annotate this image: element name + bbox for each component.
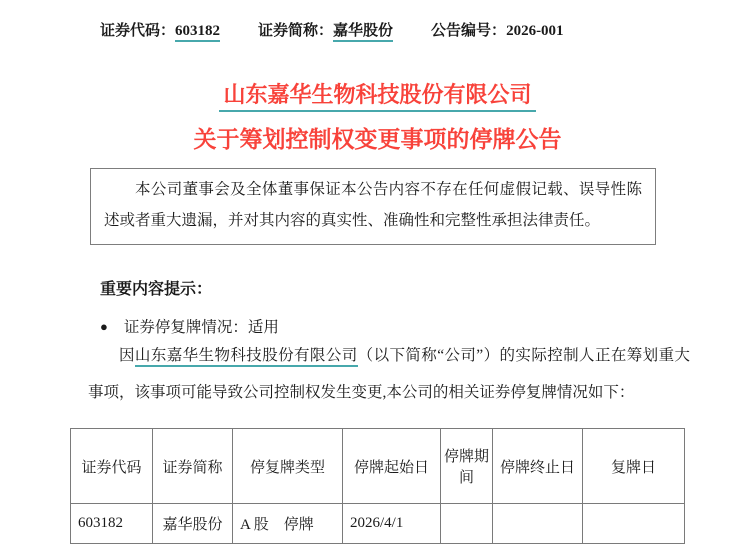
suspension-status-line: ●证券停复牌情况：适用 — [100, 315, 279, 337]
stock-code-value: 603182 — [175, 23, 220, 42]
stock-name-value: 嘉华股份 — [333, 22, 393, 42]
header-suspension-type: 停复牌类型 — [233, 429, 343, 504]
cell-suspension-period — [441, 504, 493, 544]
reason-prefix: 因 — [119, 347, 135, 364]
board-statement-box: 本公司董事会及全体董事保证本公告内容不存在任何虚假记载、误导性陈述或者重大遗漏，… — [90, 168, 656, 245]
stock-name-label: 证券简称： — [258, 22, 333, 39]
cell-stock-code: 603182 — [71, 504, 153, 544]
important-note-heading: 重要内容提示： — [100, 276, 212, 299]
table-header-row: 证券代码 证券简称 停复牌类型 停牌起始日 停牌期间 停牌终止日 复牌日 — [71, 429, 685, 504]
cell-resumption-date — [583, 504, 685, 544]
cell-stock-name: 嘉华股份 — [153, 504, 233, 544]
cell-suspension-start: 2026/4/1 — [343, 504, 441, 544]
announcement-document: 证券代码：603182 证券简称：嘉华股份 公告编号：2026-001 山东嘉华… — [0, 0, 755, 549]
company-name-title: 山东嘉华生物科技股份有限公司 — [0, 78, 755, 109]
announcement-no-label: 公告编号： — [431, 22, 506, 39]
header-stock-name: 证券简称 — [153, 429, 233, 504]
reason-company-name: 山东嘉华生物科技股份有限公司 — [135, 347, 358, 367]
reason-paragraph: 因山东嘉华生物科技股份有限公司（以下简称“公司”）的实际控制人正在筹划重大事项，… — [88, 337, 690, 411]
announcement-no-value: 2026-001 — [506, 23, 564, 39]
announcement-no-item: 公告编号：2026-001 — [431, 19, 564, 40]
announcement-subject-title: 关于筹划控制权变更事项的停牌公告 — [0, 121, 755, 154]
company-name-title-text: 山东嘉华生物科技股份有限公司 — [219, 82, 535, 112]
header-suspension-end: 停牌终止日 — [493, 429, 583, 504]
table-data-row: 603182 嘉华股份 A 股 停牌 2026/4/1 — [71, 504, 685, 544]
cell-suspension-type: A 股 停牌 — [233, 504, 343, 544]
header-suspension-period: 停牌期间 — [441, 429, 493, 504]
header-suspension-start: 停牌起始日 — [343, 429, 441, 504]
suspension-table: 证券代码 证券简称 停复牌类型 停牌起始日 停牌期间 停牌终止日 复牌日 603… — [70, 428, 685, 544]
header-resumption-date: 复牌日 — [583, 429, 685, 504]
cell-suspension-end — [493, 504, 583, 544]
doc-header: 证券代码：603182 证券简称：嘉华股份 公告编号：2026-001 — [100, 19, 564, 40]
board-statement-text: 本公司董事会及全体董事保证本公告内容不存在任何虚假记载、误导性陈述或者重大遗漏，… — [104, 181, 642, 229]
stock-name-item: 证券简称：嘉华股份 — [258, 19, 393, 40]
suspension-status-text: 证券停复牌情况：适用 — [124, 319, 279, 336]
header-stock-code: 证券代码 — [71, 429, 153, 504]
bullet-icon: ● — [100, 319, 108, 334]
stock-code-label: 证券代码： — [100, 22, 175, 39]
stock-code-item: 证券代码：603182 — [100, 19, 220, 40]
